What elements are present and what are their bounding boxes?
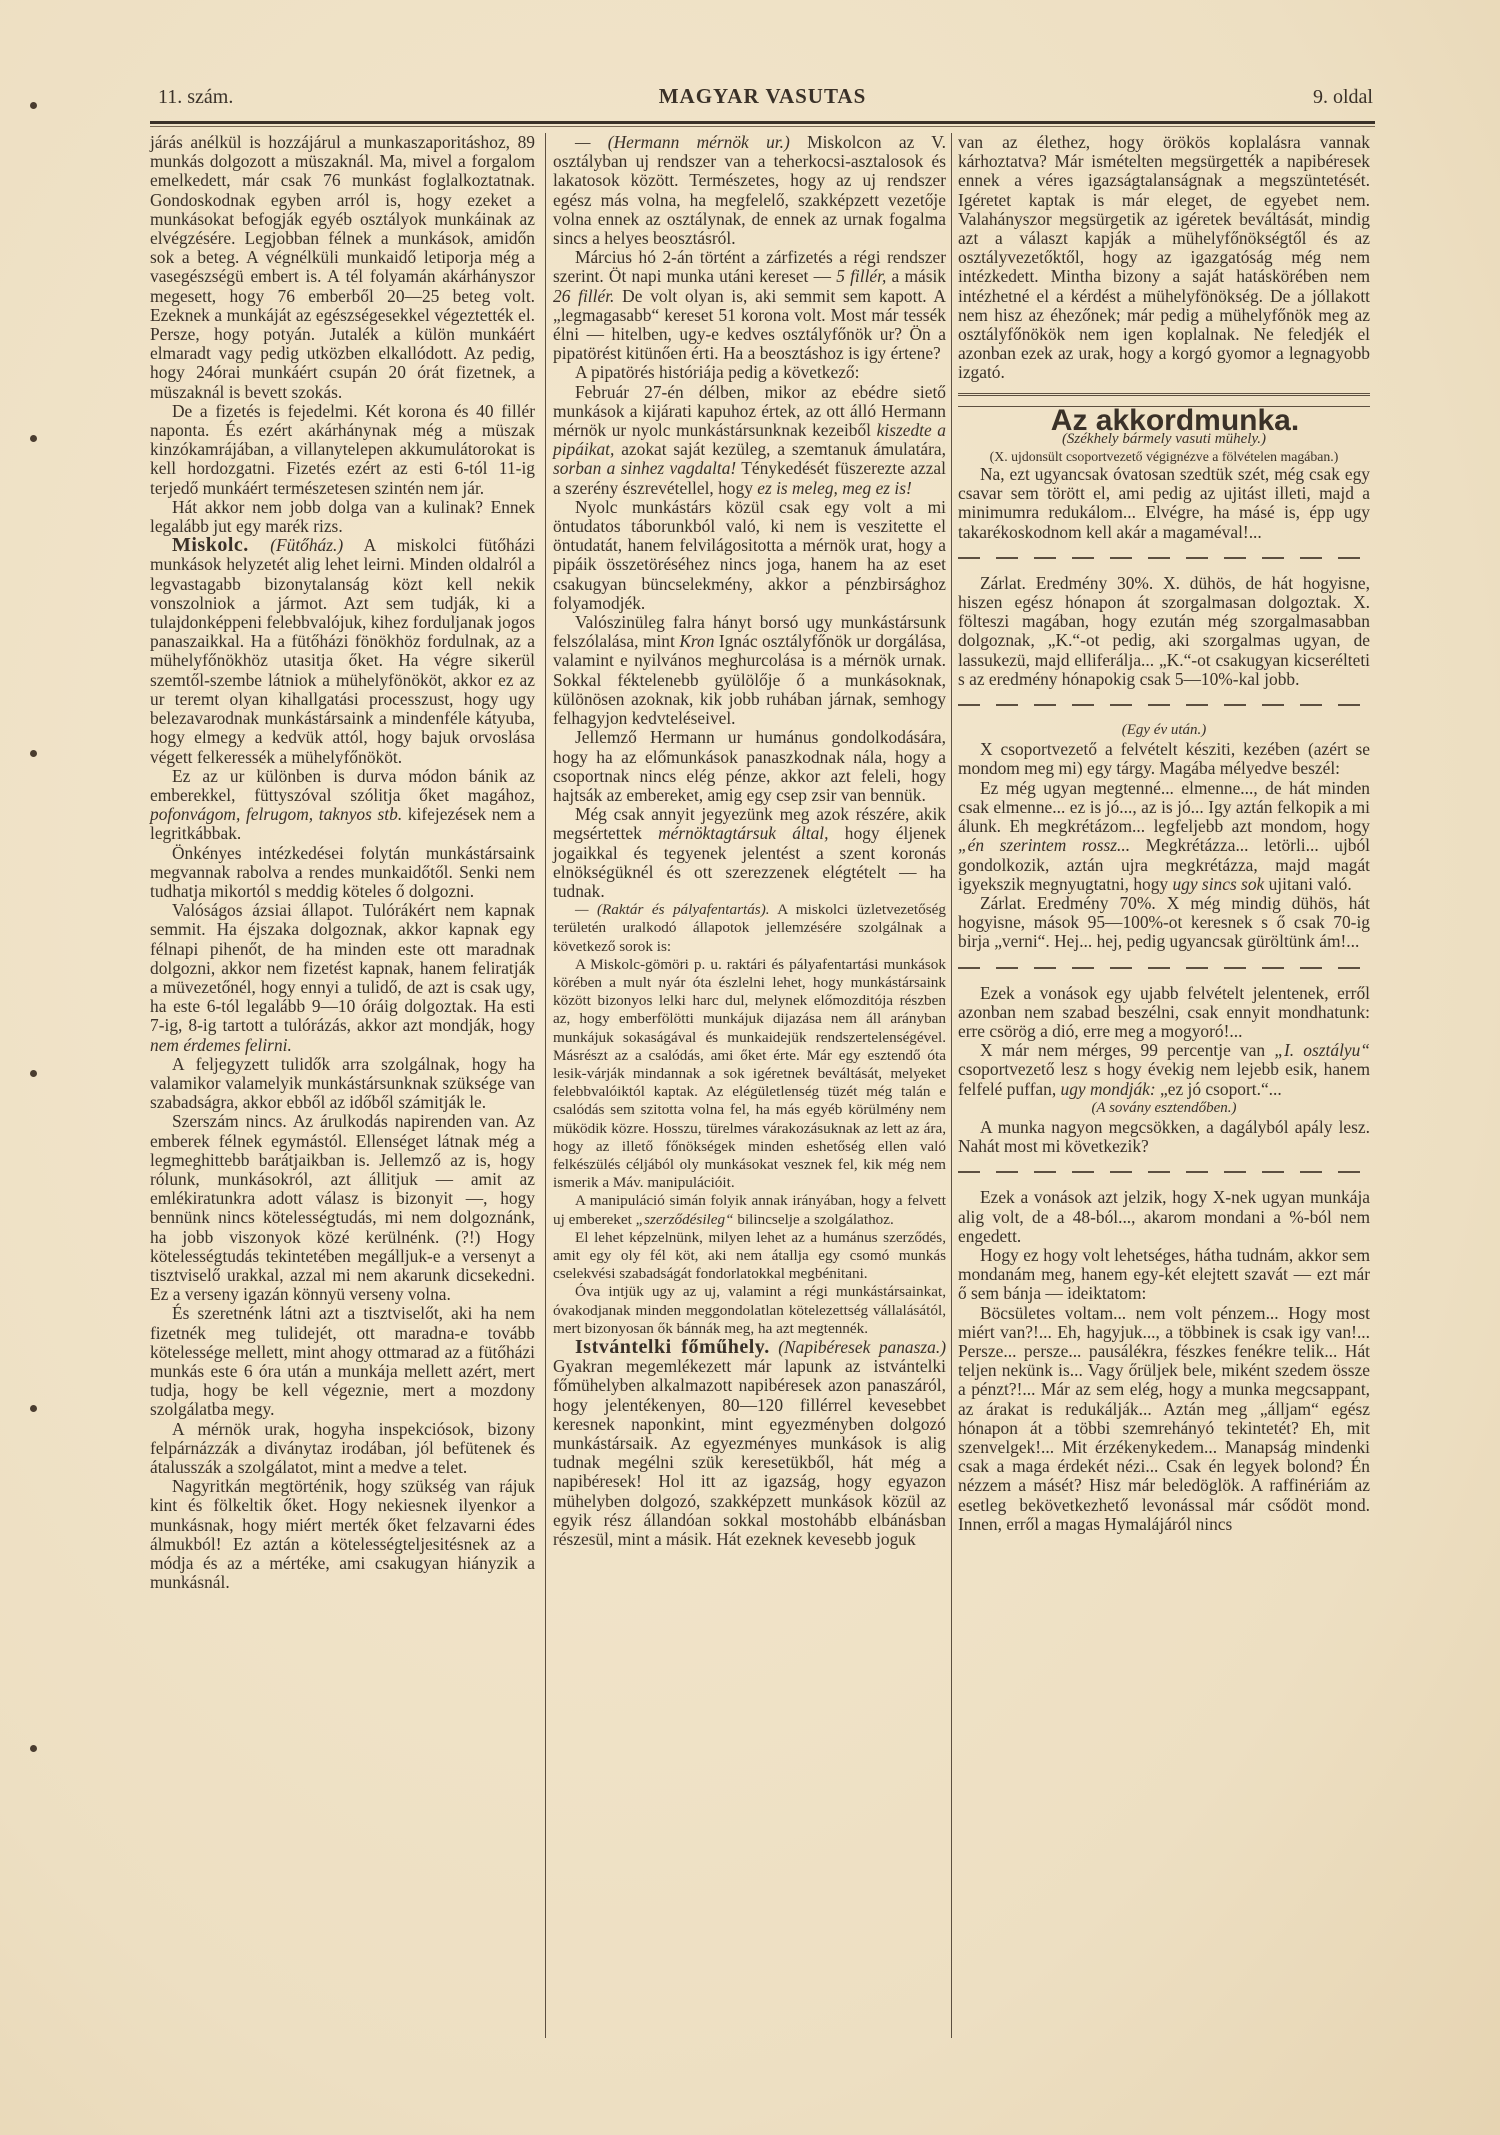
paragraph: Hát akkor nem jobb dolga van a kulinak? … bbox=[150, 498, 535, 536]
paragraph: Valóságos ázsiai állapot. Tulórákért nem… bbox=[150, 901, 535, 1055]
paragraph: Ez még ugyan megtenné... elmenne..., de … bbox=[958, 779, 1370, 894]
paragraph: Istvántelki főműhely. (Napibéresek panas… bbox=[553, 1338, 946, 1549]
paragraph: Önkényes intézkedései folytán munkástárs… bbox=[150, 844, 535, 902]
article-note: (X. ujdonsült csoportvezető végignézve a… bbox=[958, 449, 1370, 465]
page-number: 9. oldal bbox=[1313, 86, 1373, 109]
section-heading-istvantelki: Istvántelki főműhely. bbox=[575, 1336, 770, 1358]
paragraph: Na, ezt ugyancsak óvatosan szedtük szét,… bbox=[958, 465, 1370, 542]
section-subheading: (Fütőház.) bbox=[270, 535, 343, 555]
scene-subtitle: (A sovány esztendőben.) bbox=[958, 1099, 1370, 1118]
paragraph: De a fizetés is fejedelmi. Két korona és… bbox=[150, 402, 535, 498]
paragraph: van az élethez, hogy örökös koplalásra v… bbox=[958, 133, 1370, 383]
paragraph: Zárlat. Eredmény 30%. X. dühös, de hát h… bbox=[958, 574, 1370, 689]
column-divider bbox=[545, 133, 546, 2038]
article-subtitle: (Székhely bármely vasuti mühely.) bbox=[958, 430, 1370, 449]
dash-separator bbox=[958, 958, 1370, 976]
article-title: Az akkordmunka. bbox=[958, 411, 1370, 430]
newspaper-title: MAGYAR VASUTAS bbox=[150, 84, 1375, 109]
paragraph: És szeretnénk látni azt a tisztviselőt, … bbox=[150, 1304, 535, 1419]
paragraph: A Miskolc-gömöri p. u. raktári és pályaf… bbox=[553, 956, 946, 1193]
paragraph: Óva intjük ugy az uj, valamint a régi mu… bbox=[553, 1283, 946, 1338]
paragraph: Nagyritkán megtörténik, hogy szükség van… bbox=[150, 1477, 535, 1592]
paragraph: Miskolc. (Fütőház.) A miskolci fütőházi … bbox=[150, 536, 535, 766]
binding-hole bbox=[30, 1745, 37, 1752]
paragraph: X csoportvezető a felvételt késziti, kez… bbox=[958, 740, 1370, 778]
dash-separator bbox=[958, 1162, 1370, 1180]
section-subheading: — (Hermann mérnök ur.) bbox=[575, 132, 790, 152]
paragraph: járás anélkül is hozzájárul a munkaszapo… bbox=[150, 133, 535, 402]
paragraph: — (Hermann mérnök ur.) Miskolcon az V. o… bbox=[553, 133, 946, 248]
header-rule bbox=[150, 121, 1375, 124]
column-2: — (Hermann mérnök ur.) Miskolcon az V. o… bbox=[553, 133, 946, 1549]
section-heading-miskolc: Miskolc. bbox=[172, 534, 249, 556]
paragraph: A pipatörés históriája pedig a következő… bbox=[553, 363, 946, 382]
column-3: van az élethez, hogy örökös koplalásra v… bbox=[958, 133, 1370, 1534]
paragraph: Még csak annyit jegyezünk meg azok részé… bbox=[553, 805, 946, 901]
paragraph: A feljegyzett tulidők arra szolgálnak, h… bbox=[150, 1055, 535, 1113]
paragraph: Március hó 2-án történt a zárfizetés a r… bbox=[553, 248, 946, 363]
section-subheading: — (Raktár és pályafentartás). bbox=[575, 901, 770, 918]
binding-hole bbox=[30, 435, 37, 442]
paragraph: Jellemző Hermann ur humánus gondolkodásá… bbox=[553, 728, 946, 805]
page-header: 11. szám. MAGYAR VASUTAS 9. oldal bbox=[150, 86, 1375, 122]
paragraph: Valószinüleg falra hányt borsó ugy munká… bbox=[553, 613, 946, 728]
paragraph: Ez az ur különben is durva módon bánik a… bbox=[150, 767, 535, 844]
paragraph: Február 27-én délben, mikor az ebédre si… bbox=[553, 383, 946, 498]
paragraph: — (Raktár és pályafentartás). A miskolci… bbox=[553, 901, 946, 956]
binding-hole bbox=[30, 750, 37, 757]
header-rule-thin bbox=[150, 126, 1375, 127]
section-subheading: (Napibéresek panasza.) bbox=[778, 1337, 946, 1357]
dash-separator bbox=[958, 548, 1370, 566]
paragraph: A mérnök urak, hogyha inspekciósok, bizo… bbox=[150, 1420, 535, 1478]
paragraph: Nyolc munkástárs közül csak egy volt a m… bbox=[553, 498, 946, 613]
paragraph: Szerszám nincs. Az árulkodás napirenden … bbox=[150, 1112, 535, 1304]
binding-hole bbox=[30, 102, 37, 109]
paragraph: El lehet képzelnünk, milyen lehet az a h… bbox=[553, 1229, 946, 1284]
paragraph: Ezek a vonások egy ujabb felvételt jelen… bbox=[958, 984, 1370, 1042]
scene-subtitle: (Egy év után.) bbox=[958, 721, 1370, 740]
binding-hole bbox=[30, 1405, 37, 1412]
paragraph: Zárlat. Eredmény 70%. X még mindig dühös… bbox=[958, 894, 1370, 952]
paragraph: A munka nagyon megcsökken, a dagályból a… bbox=[958, 1118, 1370, 1156]
column-divider bbox=[951, 133, 952, 2038]
column-1: járás anélkül is hozzájárul a munkaszapo… bbox=[150, 133, 535, 1592]
small-print-section: — (Raktár és pályafentartás). A miskolci… bbox=[553, 901, 946, 1338]
paragraph: A manipuláció simán folyik annak irányáb… bbox=[553, 1192, 946, 1228]
binding-hole bbox=[30, 1070, 37, 1077]
paragraph: Ezek a vonások azt jelzik, hogy X-nek ug… bbox=[958, 1188, 1370, 1246]
paragraph: Hogy ez hogy volt lehetséges, hátha tudn… bbox=[958, 1246, 1370, 1304]
newspaper-page: 11. szám. MAGYAR VASUTAS 9. oldal járás … bbox=[0, 0, 1500, 2135]
dash-separator bbox=[958, 695, 1370, 713]
paragraph: Böcsületes voltam... nem volt pénzem... … bbox=[958, 1304, 1370, 1534]
paragraph: X már nem mérges, 99 percentje van „I. o… bbox=[958, 1041, 1370, 1099]
